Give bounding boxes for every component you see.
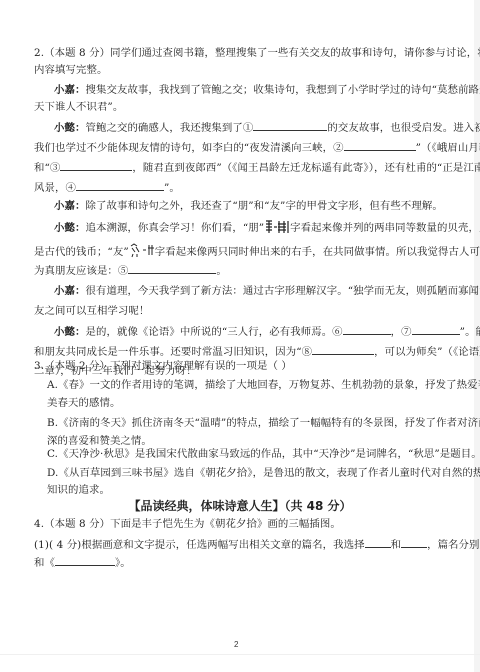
answer-blank-5[interactable]	[128, 263, 216, 274]
q3-option-d[interactable]: D.《从百草园到三味书屋》选自《朝花夕拾》，是鲁迅的散文，表现了作者儿童时代对自…	[47, 466, 457, 480]
q2-dialog-1: 小嘉：搜集交友故事，我找到了管鲍之交；收集诗句，我想到了小学时学过的诗句“莫愁前…	[54, 83, 464, 97]
answer-blank-4[interactable]	[76, 180, 164, 191]
q3-option-a-cont: 美春天的感情。	[47, 396, 457, 410]
answer-blank-8[interactable]	[312, 344, 374, 355]
speaker-label: 小嘉：	[54, 200, 85, 212]
q2-dialog-2-line3: 和“③，随君直到夜郎西”（《闻王昌龄左迁龙标遥有此寄》），还有杜甫的“正是江南好	[34, 160, 444, 175]
section-heading: 【品读经典，体味诗意人生】（共 48 分）	[0, 497, 480, 514]
speaker-label: 小嘉：	[54, 84, 85, 96]
answer-blank-7[interactable]	[412, 324, 460, 335]
q3-option-b-cont: 深的喜爱和赞美之情。	[47, 434, 457, 448]
q2-dialog-5-cont: 友之间可以互相学习呢！	[34, 304, 444, 318]
speaker-label: 小嘉：	[54, 285, 85, 297]
q2-dialog-6-line2: 和朋友共同成长是一件乐事。还要时常温习旧知识，因为“⑧，可以为师矣”（《论语》十	[34, 344, 444, 359]
q2-stem-line2: 内容填写完整。	[34, 63, 444, 77]
q3-option-c[interactable]: C.《天净沙·秋思》是我国宋代散曲家马致远的作品，其中“天净沙”是词牌名，“秋思…	[47, 447, 457, 461]
q2-dialog-4-line2: 是古代的钱币；“友”字看起来像两只同时伸出来的右手，在共同做事情。所以我觉得古人…	[34, 242, 444, 262]
q2-dialog-4-line3: 为真朋友应该是：⑤。	[34, 263, 444, 278]
speaker-label: 小懿：	[54, 326, 85, 338]
answer-blank-choice-1[interactable]	[365, 537, 391, 548]
speaker-label: 小懿：	[54, 122, 85, 134]
q3-option-d-cont: 知识的追求。	[47, 483, 457, 497]
answer-blank-choice-2[interactable]	[401, 537, 427, 548]
oracle-bone-you-glyph	[129, 242, 155, 262]
q3-option-b[interactable]: B.《济南的冬天》抓住济南冬天“温晴”的特点，描绘了一幅幅特有的冬景图，抒发了作…	[47, 416, 457, 430]
answer-blank-1[interactable]	[253, 120, 327, 131]
q4-sub1: (1)( 4 分)根据画意和文字提示，任选两幅写出相关文章的篇名，我选择和，篇名…	[34, 537, 444, 552]
q2-stem-line1: 2.（本题 8 分）同学们通过查阅书籍，整理搜集了一些有关交友的故事和诗句，请你…	[34, 46, 444, 60]
q2-dialog-2: 小懿：管鲍之交的确感人，我还搜集到了①的交友故事，也很受启发。进入初中后，	[54, 120, 464, 135]
page-number: 2	[234, 640, 238, 649]
q2-dialog-2-line2: 我们也学过不少能体现友情的诗句，如李白的“夜发清溪向三峡，②”（《峨眉山月歌》）	[34, 140, 444, 155]
oracle-bone-peng-glyph	[264, 220, 290, 238]
q3-stem: 3.（本题 2 分）下列对课文内容理解有误的一项是（ ）	[34, 359, 444, 373]
speaker-label: 小懿：	[54, 222, 85, 234]
answer-blank-2[interactable]	[344, 140, 416, 151]
q4-sub1-line2: 和《》。	[34, 555, 444, 570]
answer-blank-title-2[interactable]	[55, 555, 115, 566]
answer-blank-6[interactable]	[343, 324, 391, 335]
q2-dialog-3: 小嘉：除了故事和诗句之外，我还查了“朋”和“友”字的甲骨文字形，但有些不理解。	[54, 199, 464, 213]
q2-dialog-6: 小懿：是的，就像《论语》中所说的“三人行，必有我师焉。⑥，⑦”。能	[54, 324, 464, 339]
q2-dialog-2-line4: 风景，④”。	[34, 180, 444, 195]
answer-blank-3[interactable]	[60, 160, 132, 171]
exam-page: 2.（本题 8 分）同学们通过查阅书籍，整理搜集了一些有关交友的故事和诗句，请你…	[0, 0, 480, 672]
q4-stem: 4.（本题 8 分）下面是丰子恺先生为《朝花夕拾》画的三幅插图。	[34, 517, 444, 531]
q2-dialog-5: 小嘉：很有道理，今天我学到了新方法：通过古字形理解汉字。“独学而无友，则孤陋而寡…	[54, 284, 464, 298]
footer-divider	[0, 654, 480, 655]
q3-option-a[interactable]: A.《春》一文的作者用诗的笔调，描绘了大地回春，万物复苏、生机勃勃的景象，抒发了…	[47, 378, 457, 392]
q2-dialog-1-cont: 天下谁人不识君”。	[34, 100, 444, 114]
q2-dialog-4: 小懿：追本溯源，你真会学习！你们看，“朋”字看起来像并列的两串同等数量的贝壳，贝…	[54, 220, 464, 238]
